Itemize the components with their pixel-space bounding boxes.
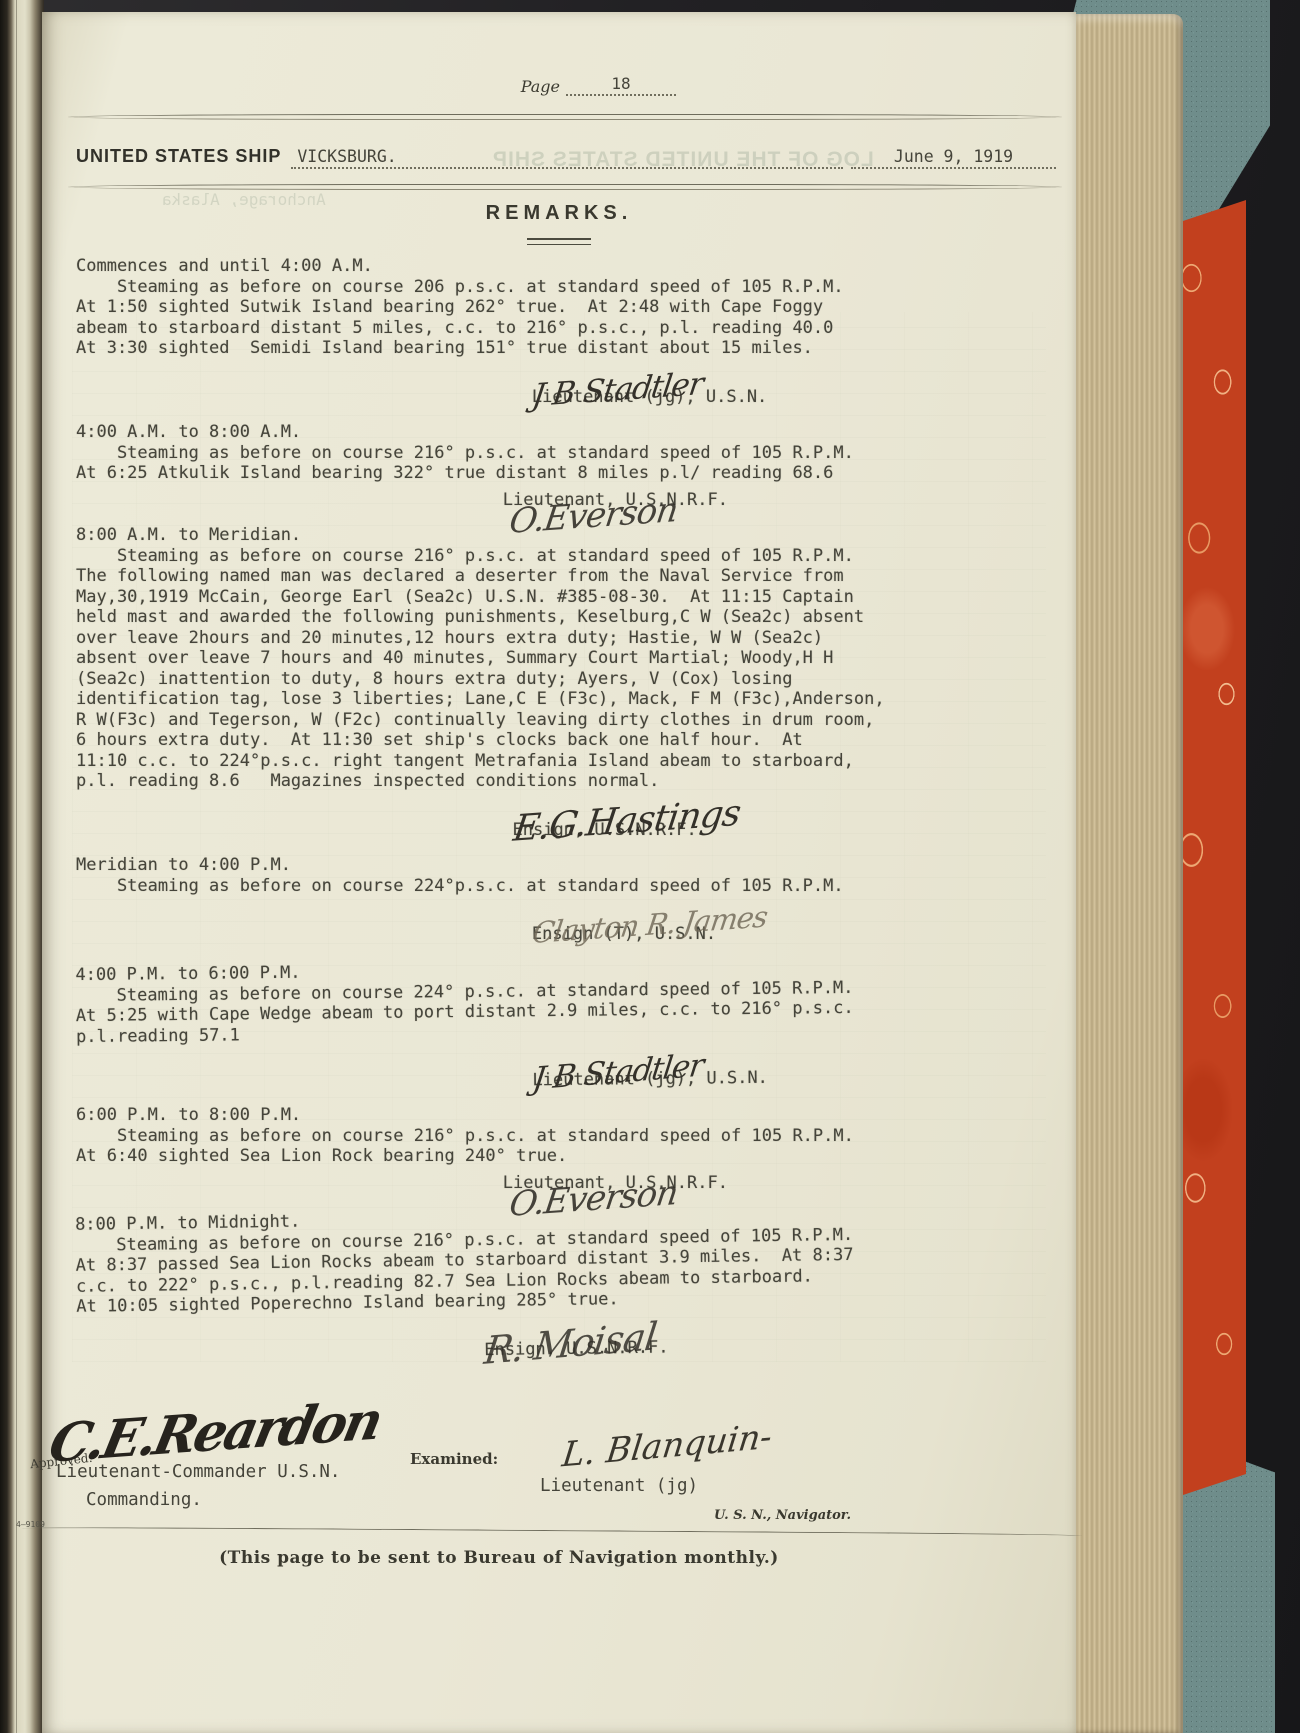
log-entry: 6:00 P.M. to 8:00 P.M. Steaming as befor… [76,1105,1046,1193]
signature-block: J B StadtlerLieutenant (jg), U.S.N. [532,1038,1047,1090]
ship-name: VICKSBURG. [291,147,843,169]
remarks-title: REMARKS. [42,202,1076,225]
signature-block: R. MoisalEnsign, U.S.N.R.F. [484,1306,1047,1360]
signature-block: Clayton R. JamesEnsign (T), U.S.N. [532,898,1046,945]
signature-block: O.EversonLieutenant, U.S.N.R.F. [503,1169,1046,1194]
entry-line: Steaming as before on course 216° p.s.c.… [76,443,1046,464]
ship-header-row: UNITED STATES SHIP VICKSBURG. June 9, 19… [76,146,1056,169]
log-entry: Meridian to 4:00 P.M. Steaming as before… [76,855,1046,945]
log-page-content: LOG OF THE UNITED STATES SHIP Anchorage,… [42,12,1076,1733]
log-entry: 8:00 P.M. to Midnight. Steaming as befor… [75,1201,1047,1366]
entries: Commences and until 4:00 A.M. Steaming a… [76,256,1046,1374]
navigator-rank: Lieutenant (jg) [540,1476,698,1496]
log-entry: 8:00 A.M. to Meridian. Steaming as befor… [76,525,1046,840]
examined-label: Examined: [410,1450,498,1468]
log-entry: 4:00 A.M. to 8:00 A.M. Steaming as befor… [76,422,1046,510]
log-date: June 9, 1919 [851,147,1056,169]
commanding-officer-role: Commanding. [86,1490,202,1510]
signature-block: J B StadtlerLieutenant (jg), U.S.N. [532,361,1046,408]
entry-line: 6 hours extra duty. At 11:30 set ship's … [76,730,1046,751]
header-rule-top [68,114,1062,120]
header-rule-bottom [68,184,1062,190]
page-label: Page [521,77,560,96]
entry-line: abeam to starboard distant 5 miles, c.c.… [76,318,1046,339]
navigator-signature: L. Blanquin- [560,1417,774,1476]
entry-line: May,30,1919 McCain, George Earl (Sea2c) … [76,587,1046,608]
page-number-row: Page 18 [521,74,676,96]
book-left-gutter [0,0,44,1733]
entry-line: Steaming as before on course 216° p.s.c.… [76,546,1046,567]
log-page: LOG OF THE UNITED STATES SHIP Anchorage,… [42,12,1076,1733]
log-entry: Commences and until 4:00 A.M. Steaming a… [76,256,1046,407]
entry-line: Steaming as before on course 216° p.s.c.… [76,1126,1046,1147]
entry-line: (Sea2c) inattention to duty, 8 hours ext… [76,669,1046,690]
ship-label: UNITED STATES SHIP [76,146,281,169]
entry-line: Steaming as before on course 206 p.s.c. … [76,277,1046,298]
entry-line: R W(F3c) and Tegerson, W (F2c) continual… [76,710,1046,731]
navigator-label: U. S. N., Navigator. [714,1508,851,1523]
entry-line: 11:10 c.c. to 224°p.s.c. right tangent M… [76,751,1046,772]
entry-line: over leave 2hours and 20 minutes,12 hour… [76,628,1046,649]
page-stack-edge [1075,14,1183,1733]
entry-heading: Commences and until 4:00 A.M. [76,256,1046,277]
entry-line: absent over leave 7 hours and 40 minutes… [76,648,1046,669]
entry-heading: Meridian to 4:00 P.M. [76,855,1046,876]
bureau-note: (This page to be sent to Bureau of Navig… [42,1548,956,1568]
signature-block: O.EversonLieutenant, U.S.N.R.F. [503,486,1046,511]
entry-heading: 6:00 P.M. to 8:00 P.M. [76,1105,1046,1126]
entry-line: The following named man was declared a d… [76,566,1046,587]
entry-line: At 1:50 sighted Sutwik Island bearing 26… [76,297,1046,318]
footer-rule [22,1526,1082,1537]
page-number: 18 [566,74,676,96]
entry-line: identification tag, lose 3 liberties; La… [76,689,1046,710]
entry-heading: 4:00 A.M. to 8:00 A.M. [76,422,1046,443]
entry-line: held mast and awarded the following puni… [76,607,1046,628]
signature-block: E.G.HastingsEnsign, U.S.N.R.F. [513,794,1047,841]
commanding-officer-rank: Lieutenant-Commander U.S.N. [56,1462,340,1482]
remarks-underline [527,238,591,245]
log-entry: 4:00 P.M. to 6:00 P.M. Steaming as befor… [75,954,1046,1095]
